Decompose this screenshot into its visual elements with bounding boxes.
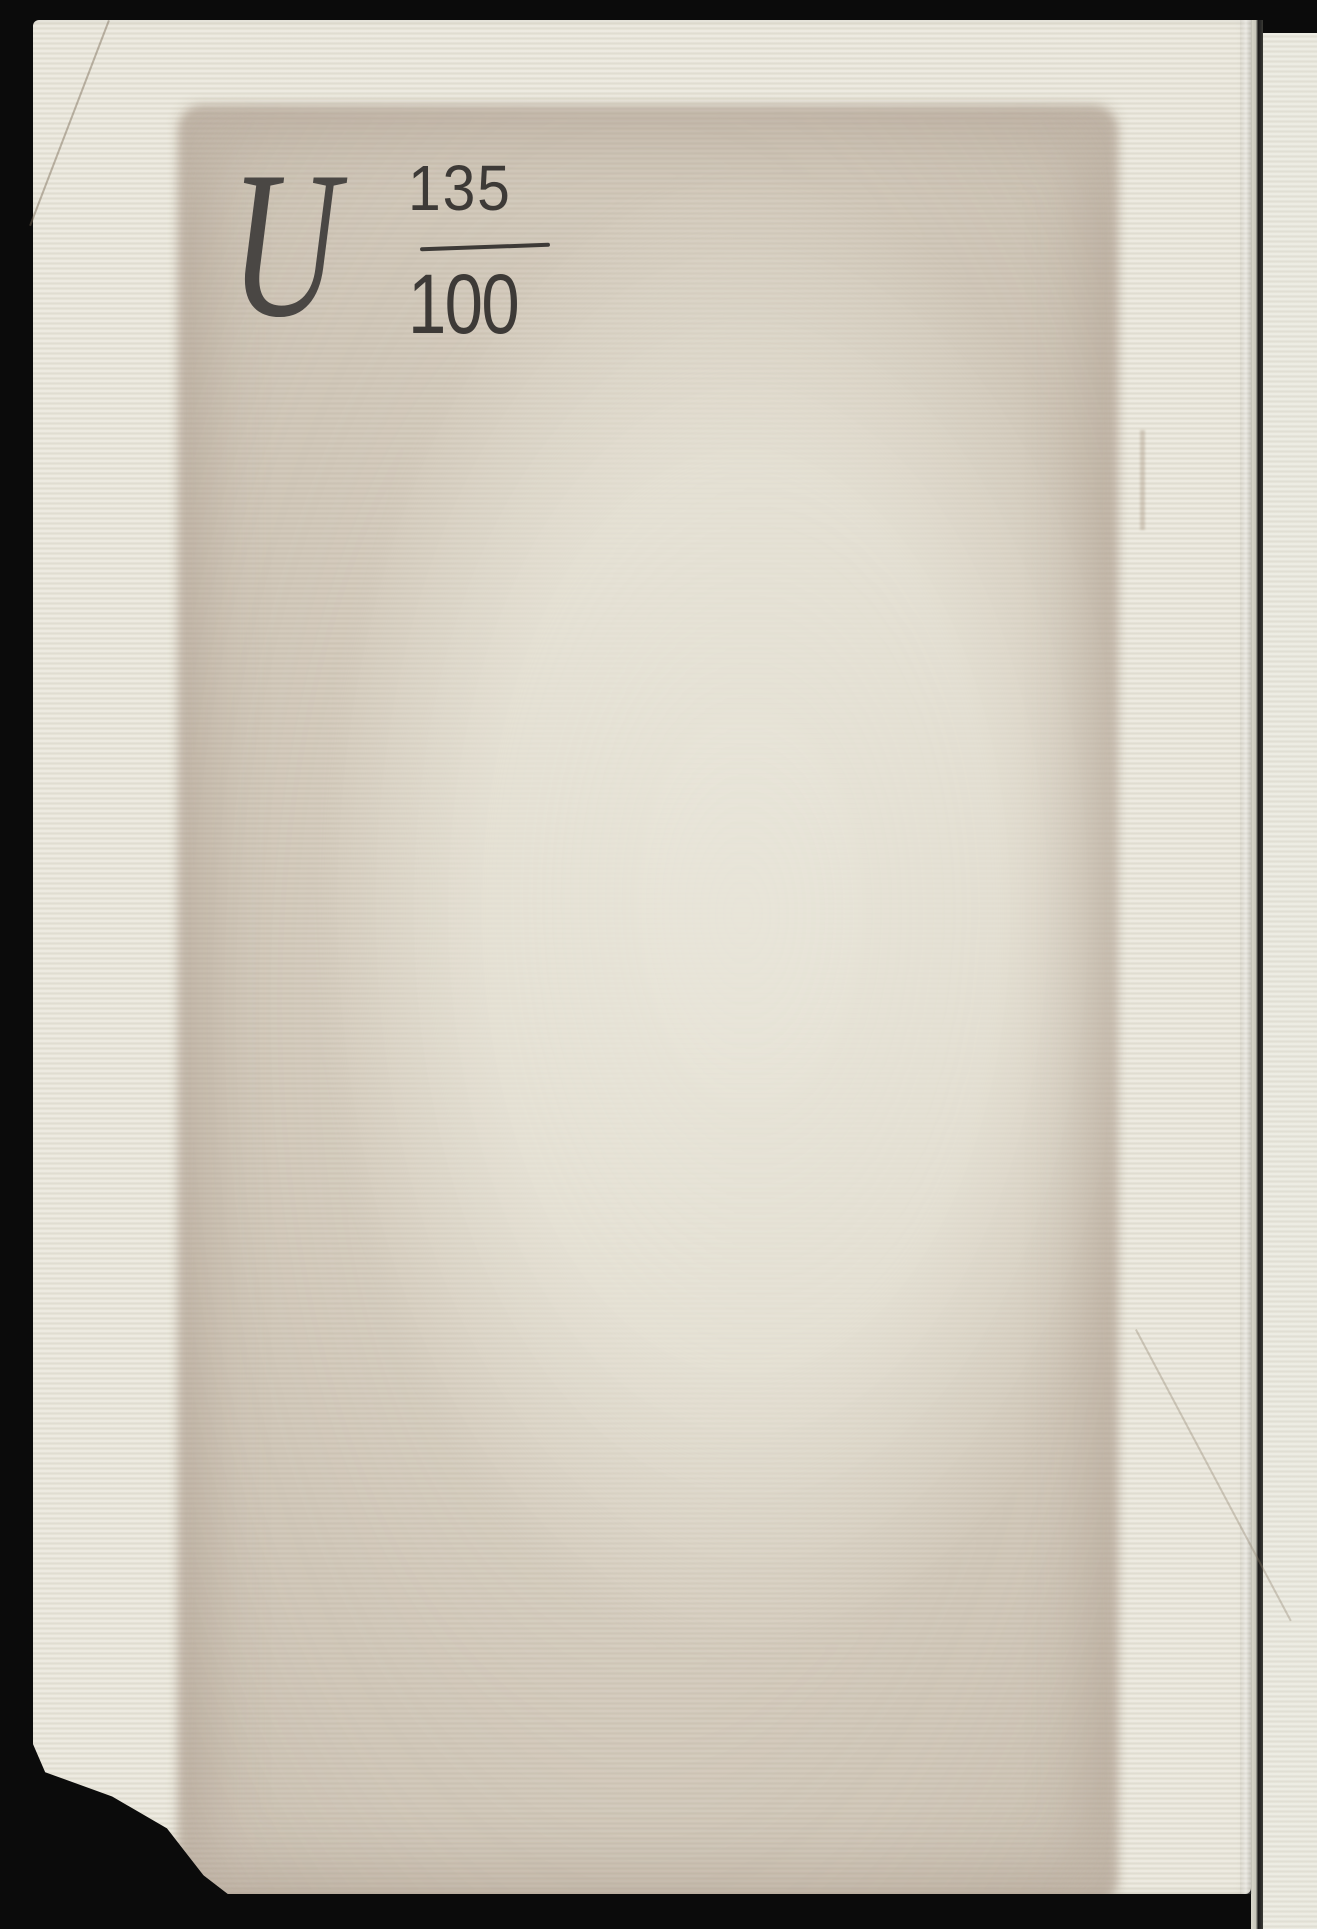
fraction-bar xyxy=(420,243,550,252)
shelf-mark-numerator: 135 xyxy=(408,156,512,220)
page-right-edge xyxy=(1240,20,1252,1894)
scan-background: U 135 100 xyxy=(0,0,1317,1929)
smudge-mark xyxy=(1140,430,1145,530)
shelf-mark-letter: U xyxy=(230,140,336,350)
page-gutter xyxy=(1251,20,1263,1929)
adjacent-page-edge xyxy=(1263,33,1317,1929)
shelf-mark-annotation: U 135 100 xyxy=(230,150,580,390)
paper-page xyxy=(33,20,1251,1894)
shelf-mark-denominator: 100 xyxy=(408,262,518,346)
